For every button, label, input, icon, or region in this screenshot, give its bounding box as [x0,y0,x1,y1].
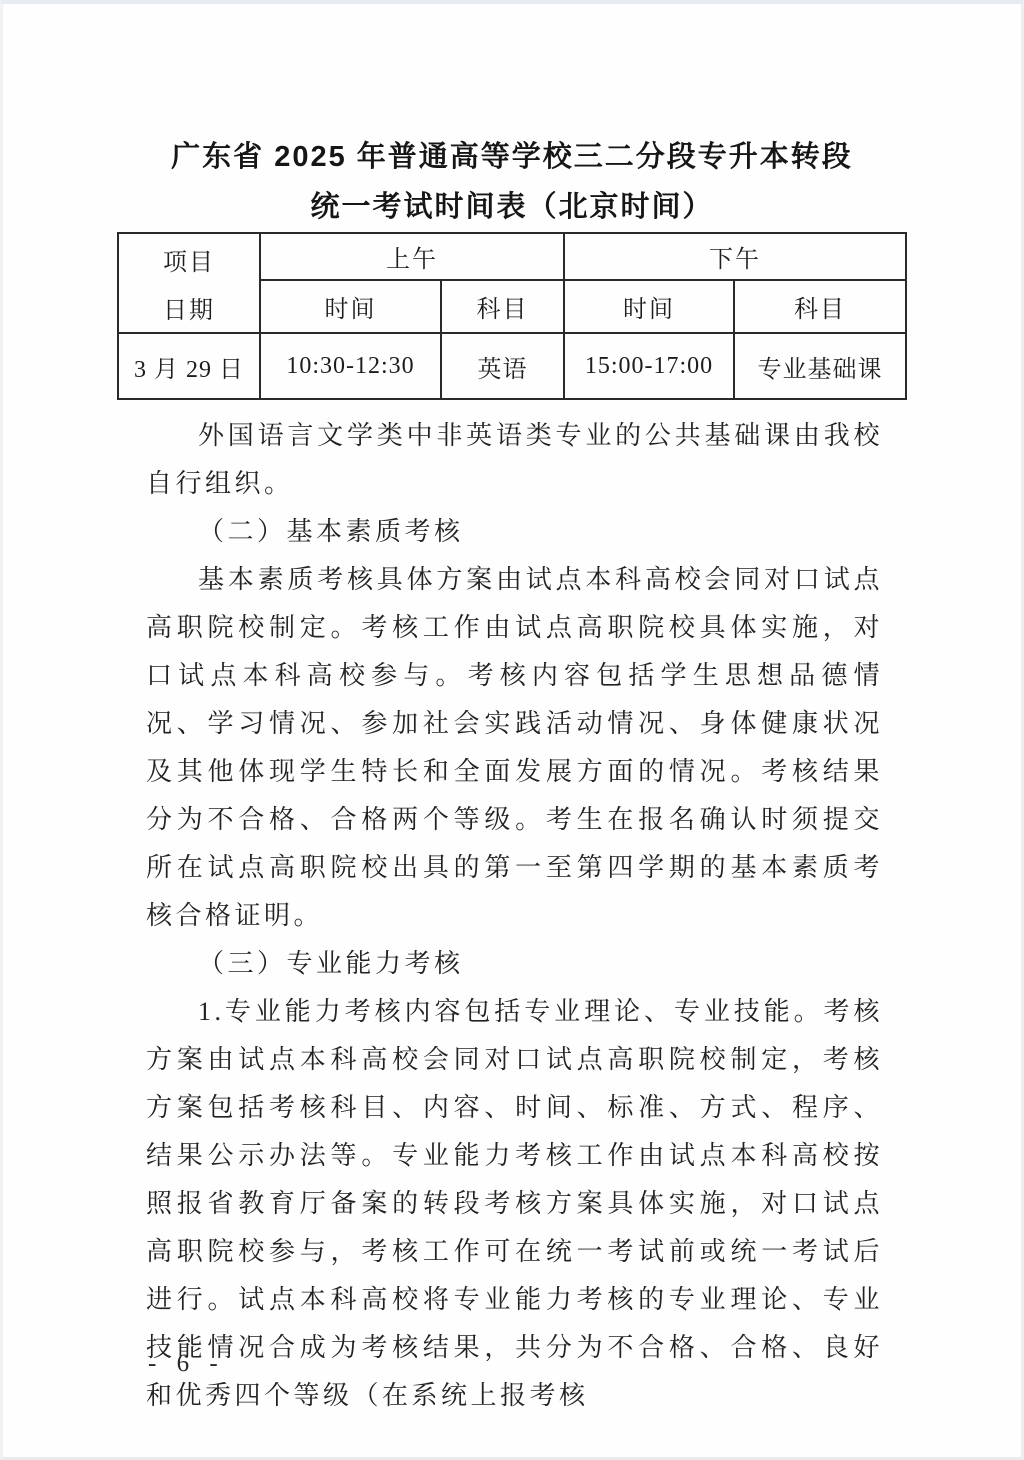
section-heading: （二）基本素质考核 [146,508,883,556]
header-time-pm: 时间 [564,280,734,333]
corner-label-date: 日期 [119,290,259,325]
cell-morning-subject: 英语 [441,333,564,399]
cell-exam-date: 3 月 29 日 [118,333,260,399]
header-morning: 上午 [260,233,564,280]
title-line-2: 统一考试时间表（北京时间） [3,182,1021,232]
document-page: 广东省 2025 年普通高等学校三二分段专升本转段 统一考试时间表（北京时间） … [0,0,1024,1460]
exam-schedule-table: 项目 日期 上午 下午 时间 科目 时间 科目 3 月 29 日 10:30-1… [117,232,907,400]
document-title: 广东省 2025 年普通高等学校三二分段专升本转段 统一考试时间表（北京时间） [3,4,1021,232]
table-corner-cell: 项目 日期 [118,233,260,333]
document-body: 外国语言文学类中非英语类专业的公共基础课由我校自行组织。 （二）基本素质考核 基… [146,412,883,1420]
body-paragraph: 外国语言文学类中非英语类专业的公共基础课由我校自行组织。 [146,412,883,508]
cell-morning-time: 10:30-12:30 [260,333,441,399]
corner-label-item: 项目 [119,242,259,277]
header-subject-pm: 科目 [734,280,906,333]
cell-afternoon-time: 15:00-17:00 [564,333,734,399]
body-paragraph: 1.专业能力考核内容包括专业理论、专业技能。考核方案由试点本科高校会同对口试点高… [146,988,883,1420]
cell-afternoon-subject: 专业基础课 [734,333,906,399]
table-row: 3 月 29 日 10:30-12:30 英语 15:00-17:00 专业基础… [118,333,906,399]
title-line-1: 广东省 2025 年普通高等学校三二分段专升本转段 [3,132,1021,182]
page-number: - 6 - [148,1350,225,1378]
section-heading: （三）专业能力考核 [146,940,883,988]
header-time-am: 时间 [260,280,441,333]
body-paragraph: 基本素质考核具体方案由试点本科高校会同对口试点高职院校制定。考核工作由试点高职院… [146,556,883,940]
header-afternoon: 下午 [564,233,906,280]
header-subject-am: 科目 [441,280,564,333]
